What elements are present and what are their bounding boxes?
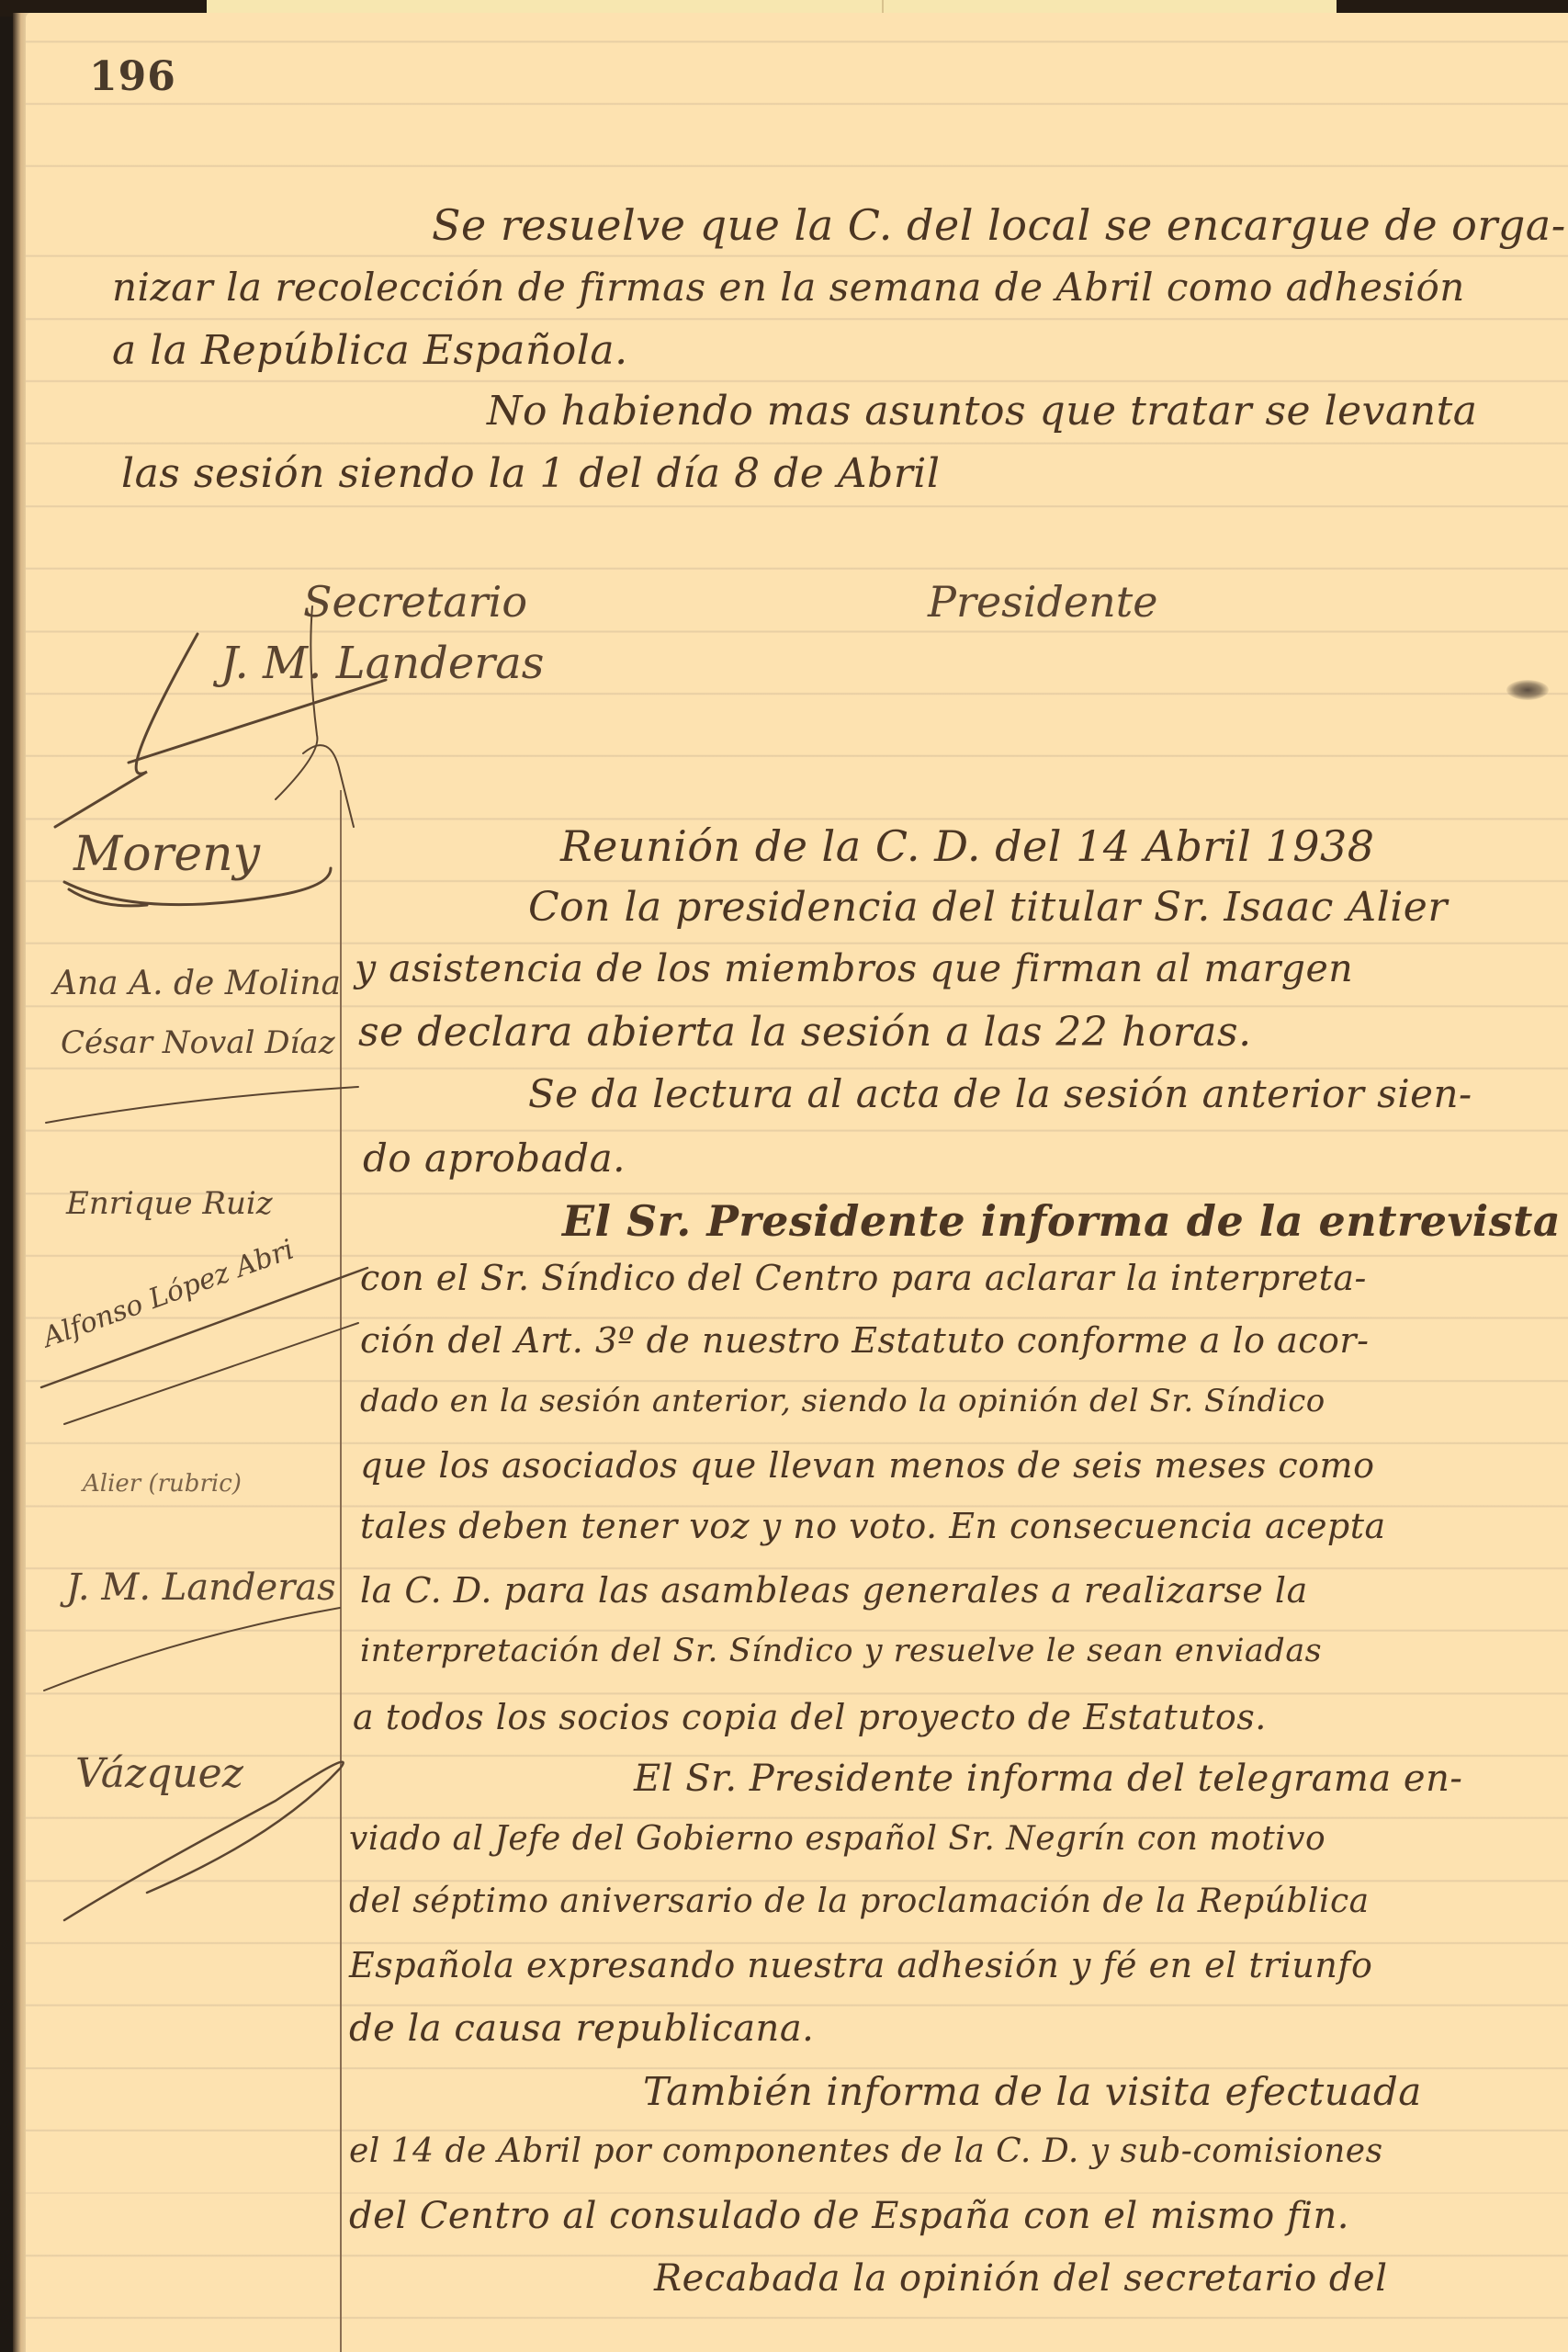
minutes-line-8: ción del Art. 3º de nuestro Estatuto con… xyxy=(360,1323,1369,1358)
margin-signature-vazquez: Vázquez xyxy=(75,1750,243,1797)
minutes-line-7: con el Sr. Síndico del Centro para aclar… xyxy=(360,1261,1367,1295)
minutes-line-5: do aprobada. xyxy=(363,1139,626,1178)
president-label: Presidente xyxy=(928,577,1157,627)
minutes-line-22: del Centro al consulado de España con el… xyxy=(349,2198,1349,2234)
ink-stain xyxy=(1506,680,1549,700)
minutes-line-1: Con la presidencia del titular Sr. Isaac… xyxy=(528,888,1448,928)
minutes-line-15: El Sr. Presidente informa del telegrama … xyxy=(634,1760,1462,1797)
secretary-signature: J. M. Landeras xyxy=(220,638,544,689)
prev-line-4: No habiendo mas asuntos que tratar se le… xyxy=(487,391,1478,432)
minutes-line-21: el 14 de Abril por componentes de la C. … xyxy=(349,2135,1383,2168)
minutes-line-14: a todos los socios copia del proyecto de… xyxy=(353,1700,1267,1735)
minutes-heading: Reunión de la C. D. del 14 Abril 1938 xyxy=(560,825,1375,867)
prev-line-1: Se resuelve que la C. del local se encar… xyxy=(432,204,1566,246)
minutes-line-10: que los asociados que llevan menos de se… xyxy=(360,1448,1374,1483)
margin-signature-landeras: J. M. Landeras xyxy=(66,1566,336,1609)
minutes-line-2: y asistencia de los miembros que firman … xyxy=(355,950,1353,988)
page-number: 196 xyxy=(89,53,176,100)
margin-signature-moreny: Moreny xyxy=(73,827,260,882)
minutes-line-4: Se da lectura al acta de la sesión anter… xyxy=(528,1075,1472,1114)
minutes-line-6: El Sr. Presidente informa de la entrevis… xyxy=(562,1200,1561,1242)
prev-line-3: a la República Española. xyxy=(112,331,628,371)
minutes-line-16: viado al Jefe del Gobierno español Sr. N… xyxy=(349,1823,1325,1856)
minutes-line-13: interpretación del Sr. Síndico y resuelv… xyxy=(360,1635,1322,1668)
minutes-line-17: del séptimo aniversario de la proclamaci… xyxy=(349,1885,1370,1918)
margin-signature-alier: Alier (rubric) xyxy=(83,1470,242,1498)
secretary-label: Secretario xyxy=(303,577,527,627)
margin-signature-ana-molina: Ana A. de Molina xyxy=(53,965,341,1002)
minutes-line-18: Española expresando nuestra adhesión y f… xyxy=(349,1948,1372,1983)
prev-line-5: las sesión siendo la 1 del día 8 de Abri… xyxy=(121,454,940,494)
minutes-line-12: la C. D. para las asambleas generales a … xyxy=(360,1573,1308,1608)
prev-line-2: nizar la recolección de firmas en la sem… xyxy=(112,268,1465,307)
minutes-line-23: Recabada la opinión del secretario del xyxy=(654,2260,1388,2297)
minutes-line-9: dado en la sesión anterior, siendo la op… xyxy=(360,1385,1325,1417)
margin-signature-enrique-ruiz: Enrique Ruiz xyxy=(66,1185,273,1222)
margin-signature-cesar-noval: César Noval Díaz xyxy=(61,1024,335,1061)
minutes-line-11: tales deben tener voz y no voto. En cons… xyxy=(360,1509,1386,1543)
margin-rule xyxy=(340,790,342,2352)
minutes-line-3: se declara abierta la sesión a las 22 ho… xyxy=(358,1012,1252,1053)
minutes-line-20: También informa de la visita efectuada xyxy=(643,2073,1422,2111)
minutes-line-19: de la causa republicana. xyxy=(349,2010,814,2047)
